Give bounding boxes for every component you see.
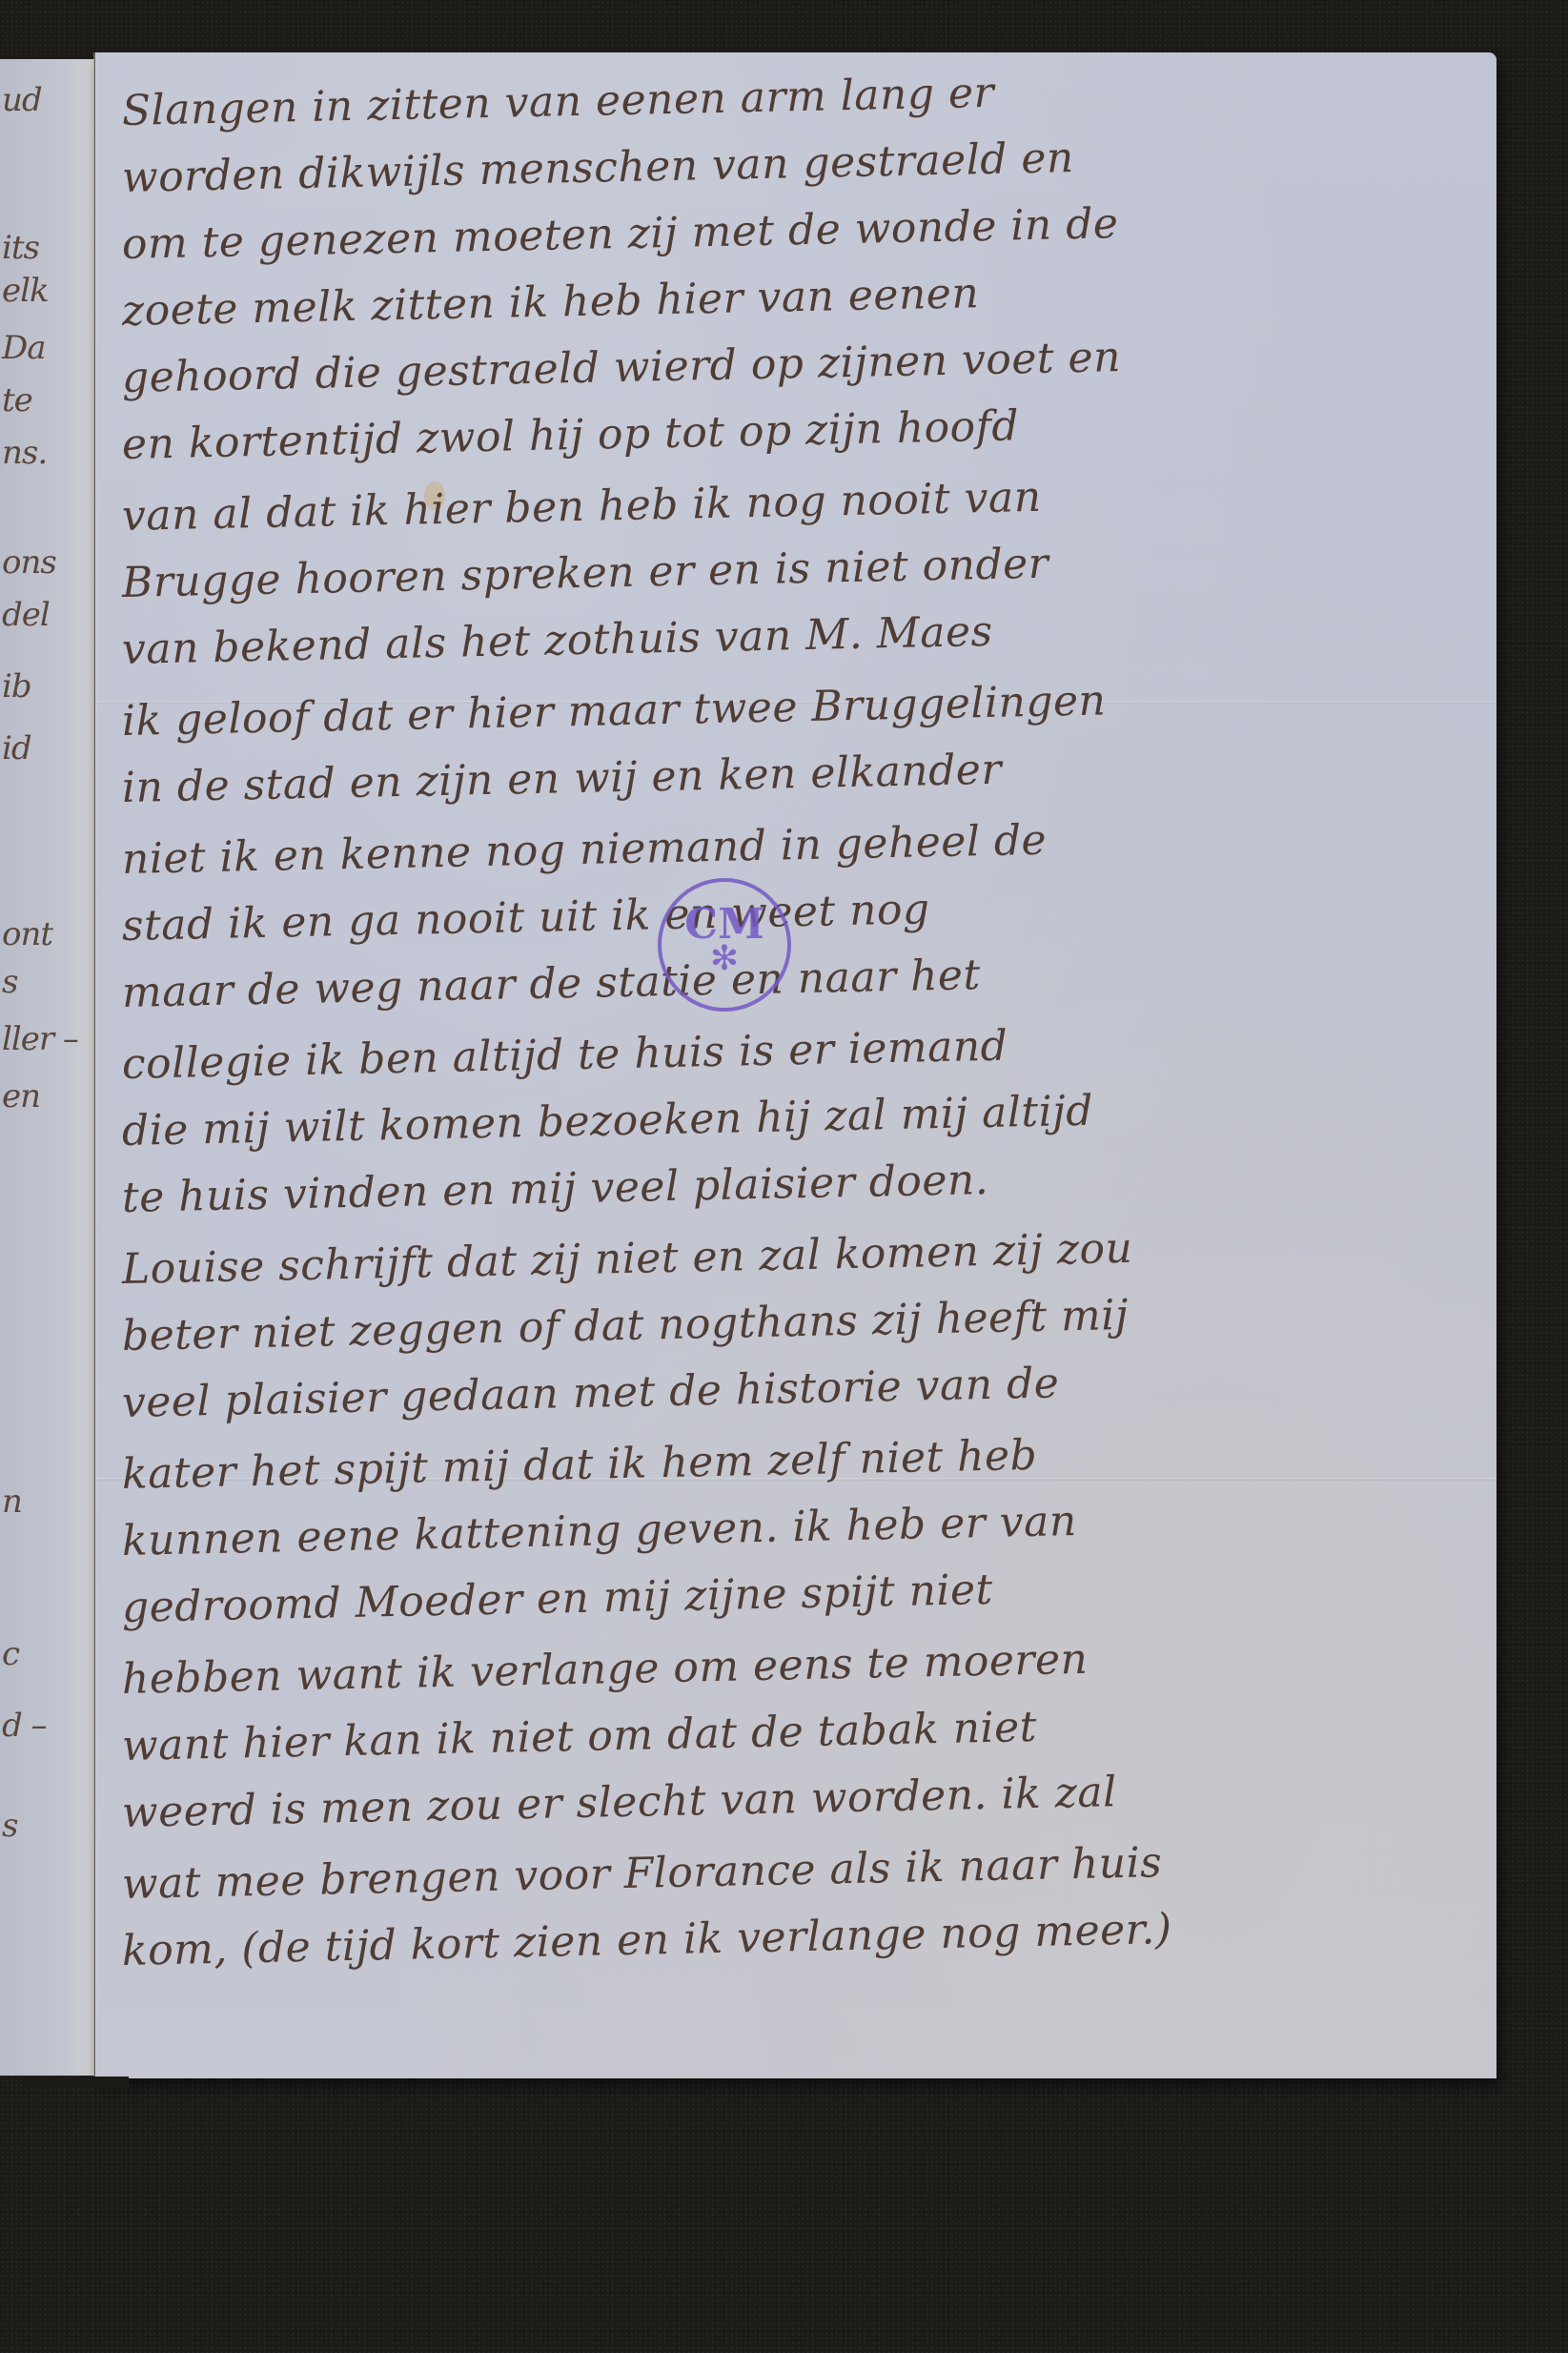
margin-fragment: ud — [2, 81, 42, 119]
letter-line: stad ik en ga nooit uit ik en weet nog — [122, 889, 930, 948]
adjacent-page-edge: ud its elk Da te ns. ons del ib id ont s… — [0, 59, 94, 2076]
document-scan: ud its elk Da te ns. ons del ib id ont s… — [0, 0, 1568, 2353]
letter-line: gehoord die gestraeld wierd op zijnen vo… — [122, 337, 1122, 399]
margin-fragment: Da — [2, 329, 46, 367]
letter-line: van bekend als het zothuis van M. Maes — [122, 611, 993, 671]
letter-line: kater het spijt mij dat ik hem zelf niet… — [122, 1435, 1038, 1496]
letter-line: Louise schrijft dat zij niet en zal kome… — [122, 1228, 1133, 1291]
margin-fragment: its — [2, 229, 39, 267]
margin-fragment: elk — [2, 272, 49, 310]
letter-line: kom, (de tijd kort zien en ik verlange n… — [122, 1909, 1172, 1973]
letter-line: niet ik en kenne nog niemand in geheel d… — [122, 820, 1048, 881]
margin-fragment: te — [2, 381, 32, 419]
margin-fragment: ib — [2, 667, 31, 706]
letter-line: hebben want ik verlange om eens te moere… — [122, 1639, 1089, 1701]
letter-line: ik geloof dat er hier maar twee Bruggeli… — [122, 680, 1107, 743]
letter-line: veel plaisier gedaan met de historie van… — [122, 1362, 1060, 1424]
letter-line: wat mee brengen voor Florance als ik naa… — [122, 1842, 1163, 1906]
letter-line: te huis vinden en mij veel plaisier doen… — [122, 1159, 989, 1219]
stamp-emblem-icon: ✻ — [710, 942, 739, 976]
letter-line: want hier kan ik niet om dat de tabak ni… — [122, 1707, 1038, 1768]
margin-fragment: c — [2, 1635, 19, 1673]
letter-line: en kortentijd zwol hij op tot op zijn ho… — [122, 405, 1020, 466]
letter-line: kunnen eene kattening geven. ik heb er v… — [122, 1501, 1078, 1563]
letter-line: Slangen in zitten van eenen arm lang er — [122, 72, 995, 133]
margin-fragment: id — [2, 729, 31, 767]
letter-line: beter niet zeggen of dat nogthans zij he… — [122, 1295, 1130, 1358]
margin-fragment: en — [2, 1077, 40, 1115]
margin-fragment: ont — [2, 915, 52, 953]
page-fold-vertical — [93, 52, 96, 2078]
letter-line: maar de weg naar de statie en naar het — [122, 954, 982, 1014]
margin-fragment: s — [2, 963, 17, 1001]
margin-fragment: ns. — [2, 434, 47, 472]
torn-corner — [24, 2077, 129, 2088]
letter-line: in de stad en zijn en wij en ken elkande… — [122, 749, 1003, 809]
letter-line: om te genezen moeten zij met de wonde in… — [122, 203, 1119, 266]
letter-line: zoete melk zitten ik heb hier van eenen — [122, 273, 980, 333]
margin-fragment: ller – — [2, 1020, 78, 1058]
letter-page: Slangen in zitten van eenen arm lang er … — [95, 52, 1497, 2078]
letter-line: gedroomd Moeder en mij zijne spijt niet — [122, 1569, 994, 1629]
letter-line: collegie ik ben altijd te huis is er iem… — [122, 1026, 1008, 1086]
margin-fragment: s — [2, 1807, 17, 1845]
letter-line: van al dat ik hier ben heb ik nog nooit … — [122, 477, 1042, 538]
margin-fragment: n — [2, 1483, 22, 1521]
margin-fragment: ons — [2, 543, 56, 582]
library-stamp: CM ✻ — [658, 878, 791, 1012]
letter-line: die mij wilt komen bezoeken hij zal mij … — [122, 1091, 1094, 1153]
letter-line: Brugge hooren spreken er en is niet onde… — [122, 543, 1049, 604]
margin-fragment: d – — [2, 1707, 47, 1745]
letter-line: worden dikwijls menschen van gestraeld e… — [122, 137, 1075, 199]
margin-fragment: del — [2, 596, 50, 634]
letter-line: weerd is men zou er slecht van worden. i… — [122, 1771, 1118, 1834]
